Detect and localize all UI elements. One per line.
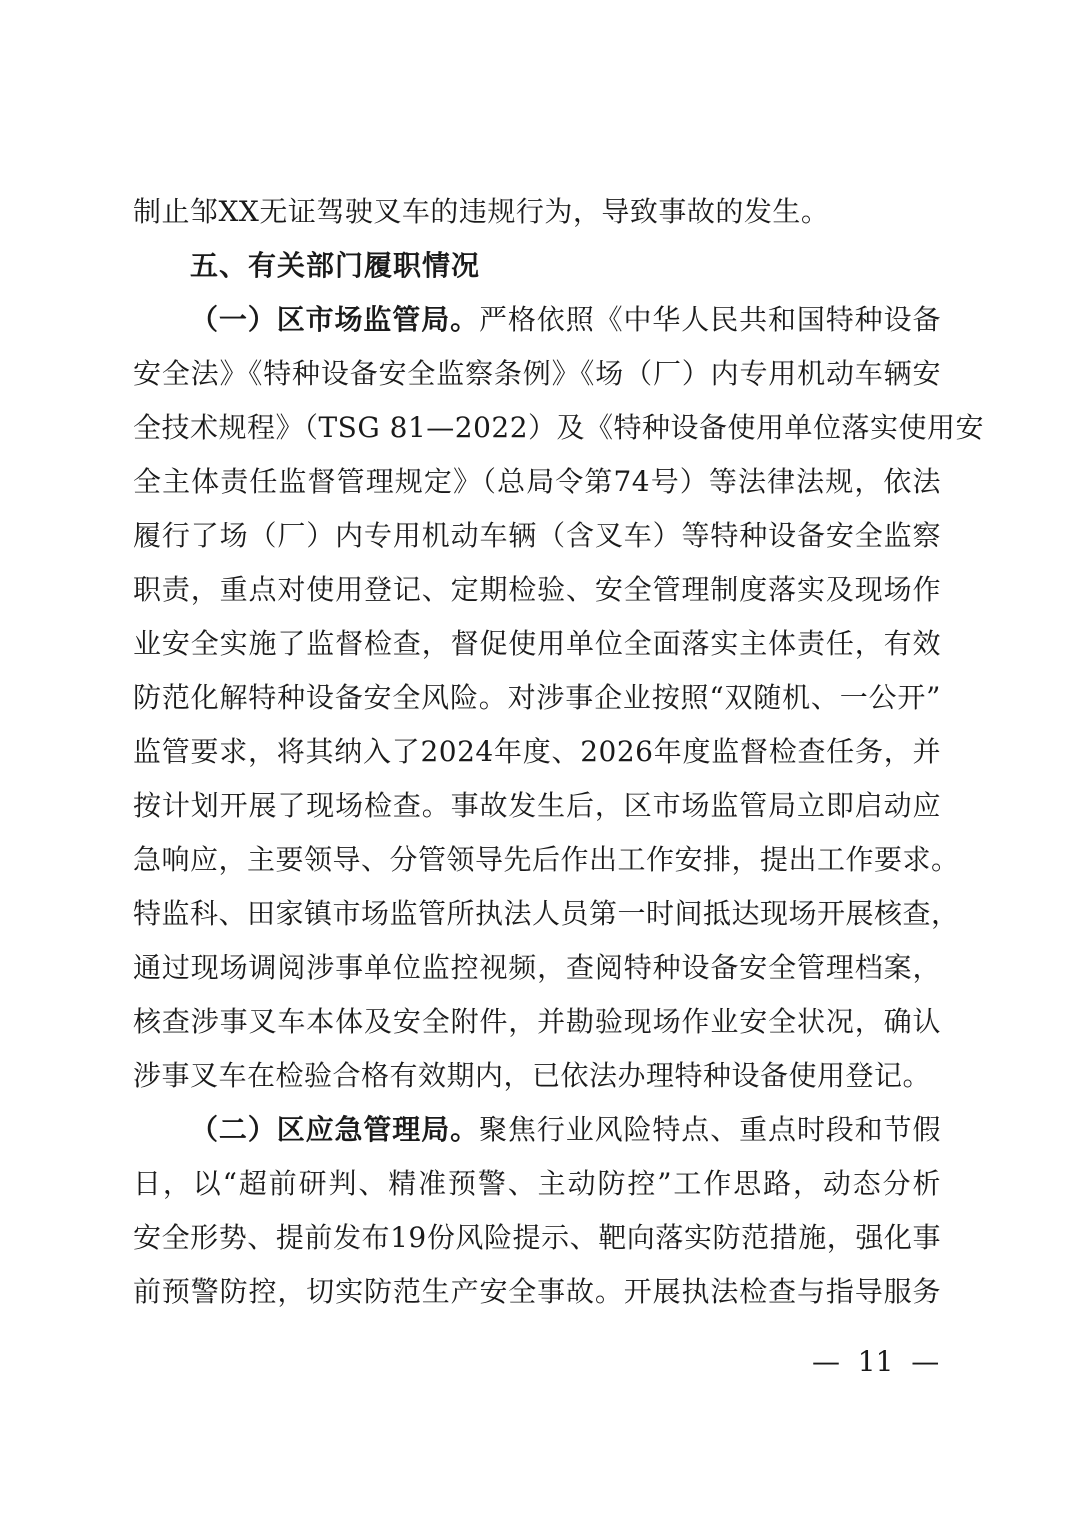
subsection-1-line: 监管要求，将其纳入了2024年度、2026年度监督检查任务，并 (133, 732, 941, 772)
subsection-1-line: 安全法》《特种设备安全监察条例》《场（厂）内专用机动车辆安 (133, 354, 941, 394)
subsection-1-line: 特监科、田家镇市场监管所执法人员第一时间抵达现场开展核查， (133, 894, 941, 934)
subsection-2-title: （二）区应急管理局。 (190, 1113, 479, 1146)
document-page: 制止邹XX无证驾驶叉车的违规行为，导致事故的发生。 五、有关部门履职情况 （一）… (0, 0, 1074, 1520)
paragraph-continuation-line: 制止邹XX无证驾驶叉车的违规行为，导致事故的发生。 (133, 192, 941, 232)
subsection-2-line: 前预警防控，切实防范生产安全事故。开展执法检查与指导服务 (133, 1272, 941, 1312)
subsection-1-line: 全技术规程》（TSG 81—2022）及《特种设备使用单位落实使用安 (133, 408, 941, 448)
subsection-1-line: 按计划开展了现场检查。事故发生后，区市场监管局立即启动应 (133, 786, 941, 826)
subsection-2-first-line: （二）区应急管理局。聚焦行业风险特点、重点时段和节假 (190, 1110, 941, 1150)
subsection-1-line: 通过现场调阅涉事单位监控视频，查阅特种设备安全管理档案， (133, 948, 941, 988)
subsection-1-line: 业安全实施了监督检查，督促使用单位全面落实主体责任，有效 (133, 624, 941, 664)
subsection-1-title: （一）区市场监管局。 (190, 303, 479, 336)
subsection-1-line: 涉事叉车在检验合格有效期内，已依法办理特种设备使用登记。 (133, 1056, 941, 1096)
subsection-1-line: 急响应，主要领导、分管领导先后作出工作安排，提出工作要求。 (133, 840, 941, 880)
subsection-1-line: 职责，重点对使用登记、定期检验、安全管理制度落实及现场作 (133, 570, 941, 610)
section-heading: 五、有关部门履职情况 (190, 246, 480, 286)
subsection-2-line: 日，以“超前研判、精准预警、主动防控”工作思路，动态分析 (133, 1164, 941, 1204)
subsection-2-line: 安全形势、提前发布19份风险提示、靶向落实防范措施，强化事 (133, 1218, 941, 1258)
subsection-1-line: 全主体责任监督管理规定》（总局令第74号）等法律法规，依法 (133, 462, 941, 502)
subsection-1-first-line: （一）区市场监管局。严格依照《中华人民共和国特种设备 (190, 300, 941, 340)
subsection-1-line-text: 严格依照《中华人民共和国特种设备 (479, 303, 941, 336)
subsection-1-line: 防范化解特种设备安全风险。对涉事企业按照“双随机、一公开” (133, 678, 941, 718)
subsection-2-line-text: 聚焦行业风险特点、重点时段和节假 (479, 1113, 941, 1146)
page-number: — 11 — (812, 1342, 939, 1382)
subsection-1-line: 核查涉事叉车本体及安全附件，并勘验现场作业安全状况，确认 (133, 1002, 941, 1042)
subsection-1-line: 履行了场（厂）内专用机动车辆（含叉车）等特种设备安全监察 (133, 516, 941, 556)
